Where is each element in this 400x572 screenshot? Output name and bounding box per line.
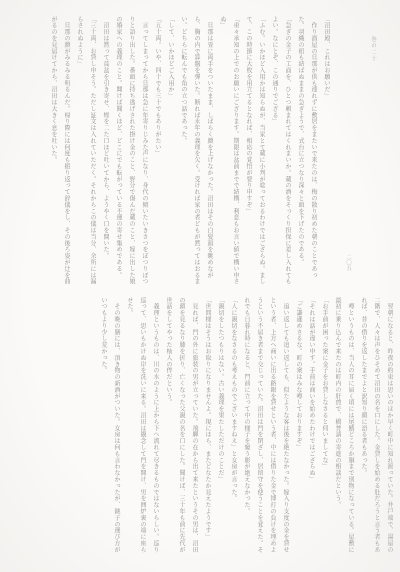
bottom-text-block: 翌朝になると、昨夜の約束は思いのほか早く町中に知れ渡っていた。井戸端で、湯屋の二… — [10, 297, 396, 555]
scanned-book-page: 巻の二十 二〇五 「沼田殿、これはお願いだ」 作り酒屋の旦那が供も連れずに敷居を… — [0, 0, 400, 572]
running-head: 巻の二十 — [368, 36, 377, 62]
top-text-block: 「沼田殿、これはお願いだ」 作り酒屋の旦那が供も連れずに敷居をまたいで来たのは、… — [10, 16, 333, 286]
top-page-number: 二〇五 — [344, 254, 352, 271]
